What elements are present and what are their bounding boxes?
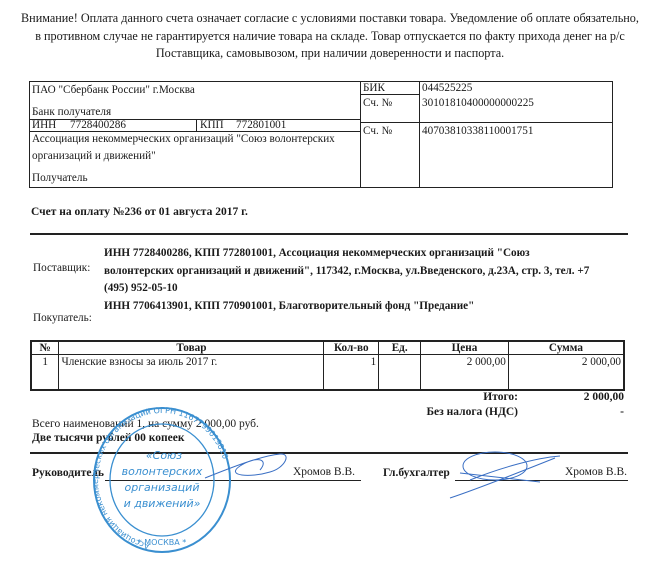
accountant-name: Хромов В.В. xyxy=(565,466,627,478)
recipient-name-line1: Ассоциация некоммерческих организаций "С… xyxy=(32,133,335,145)
total-label: Итого: xyxy=(470,391,518,403)
inn-value: 7728400286 xyxy=(70,119,126,131)
payment-notice: Внимание! Оплата данного счета означает … xyxy=(20,10,640,63)
col-header-sum: Сумма xyxy=(508,341,624,355)
table-row: 1 Членские взносы за июль 2017 г. 1 2 00… xyxy=(31,355,624,391)
col-header-price: Цена xyxy=(421,341,509,355)
cell-unit xyxy=(379,355,421,391)
account-value: 40703810338110001751 xyxy=(422,125,533,137)
invoice-title: Счет на оплату №236 от 01 августа 2017 г… xyxy=(31,206,248,218)
head-name: Хромов В.В. xyxy=(293,466,355,478)
items-table: № Товар Кол-во Ед. Цена Сумма 1 Членские… xyxy=(30,340,625,391)
accountant-signature-scribble xyxy=(440,448,570,504)
svg-text:волонтерских: волонтерских xyxy=(122,465,203,478)
bank-details-table: ПАО "Сбербанк России" г.Москва Банк полу… xyxy=(29,81,613,188)
title-separator xyxy=(30,233,628,235)
buyer-label: Покупатель: xyxy=(33,312,92,324)
divider xyxy=(196,119,197,131)
vat-label: Без налога (НДС) xyxy=(400,406,518,418)
cell-qty: 1 xyxy=(324,355,379,391)
recipient-label: Получатель xyxy=(32,172,88,184)
bank-name: ПАО "Сбербанк России" г.Москва xyxy=(32,84,195,96)
bank-label: Банк получателя xyxy=(32,106,111,118)
divider xyxy=(360,94,419,95)
supplier-details: ИНН 7728400286, КПП 772801001, Ассоциаци… xyxy=(104,245,644,298)
svg-text:организаций: организаций xyxy=(125,481,200,494)
svg-text:и движений»: и движений» xyxy=(124,497,201,510)
total-value: 2 000,00 xyxy=(540,391,624,403)
divider xyxy=(360,82,361,187)
table-header-row: № Товар Кол-во Ед. Цена Сумма xyxy=(31,341,624,355)
bik-label: БИК xyxy=(363,82,385,94)
vat-value: - xyxy=(540,406,624,418)
cell-sum: 2 000,00 xyxy=(508,355,624,391)
corr-account-label: Сч. № xyxy=(363,97,392,109)
col-header-item: Товар xyxy=(59,341,324,355)
col-header-unit: Ед. xyxy=(379,341,421,355)
head-signature-scribble xyxy=(200,448,290,488)
col-header-num: № xyxy=(31,341,59,355)
inn-label: ИНН xyxy=(32,119,56,131)
divider xyxy=(30,131,360,132)
kpp-value: 772801001 xyxy=(236,119,286,131)
supplier-line3: (495) 952-05-10 xyxy=(104,280,644,298)
bik-value: 044525225 xyxy=(422,82,472,94)
cell-num: 1 xyxy=(31,355,59,391)
divider xyxy=(419,82,420,187)
divider xyxy=(360,122,612,123)
supplier-label: Поставщик: xyxy=(33,262,90,274)
corr-account-value: 30101810400000000225 xyxy=(422,97,534,109)
col-header-qty: Кол-во xyxy=(324,341,379,355)
account-label: Сч. № xyxy=(363,125,392,137)
stamp-city: * МОСКВА * xyxy=(138,538,187,547)
supplier-line2: волонтерских организаций и движений", 11… xyxy=(104,263,644,281)
recipient-name-line2: организаций и движений" xyxy=(32,150,156,162)
cell-item: Членские взносы за июль 2017 г. xyxy=(59,355,324,391)
kpp-label: КПП xyxy=(200,119,224,131)
svg-text:«Союз: «Союз xyxy=(146,449,182,462)
buyer-details: ИНН 7706413901, КПП 770901001, Благотвор… xyxy=(104,298,474,316)
supplier-line1: ИНН 7728400286, КПП 772801001, Ассоциаци… xyxy=(104,245,644,263)
cell-price: 2 000,00 xyxy=(421,355,509,391)
